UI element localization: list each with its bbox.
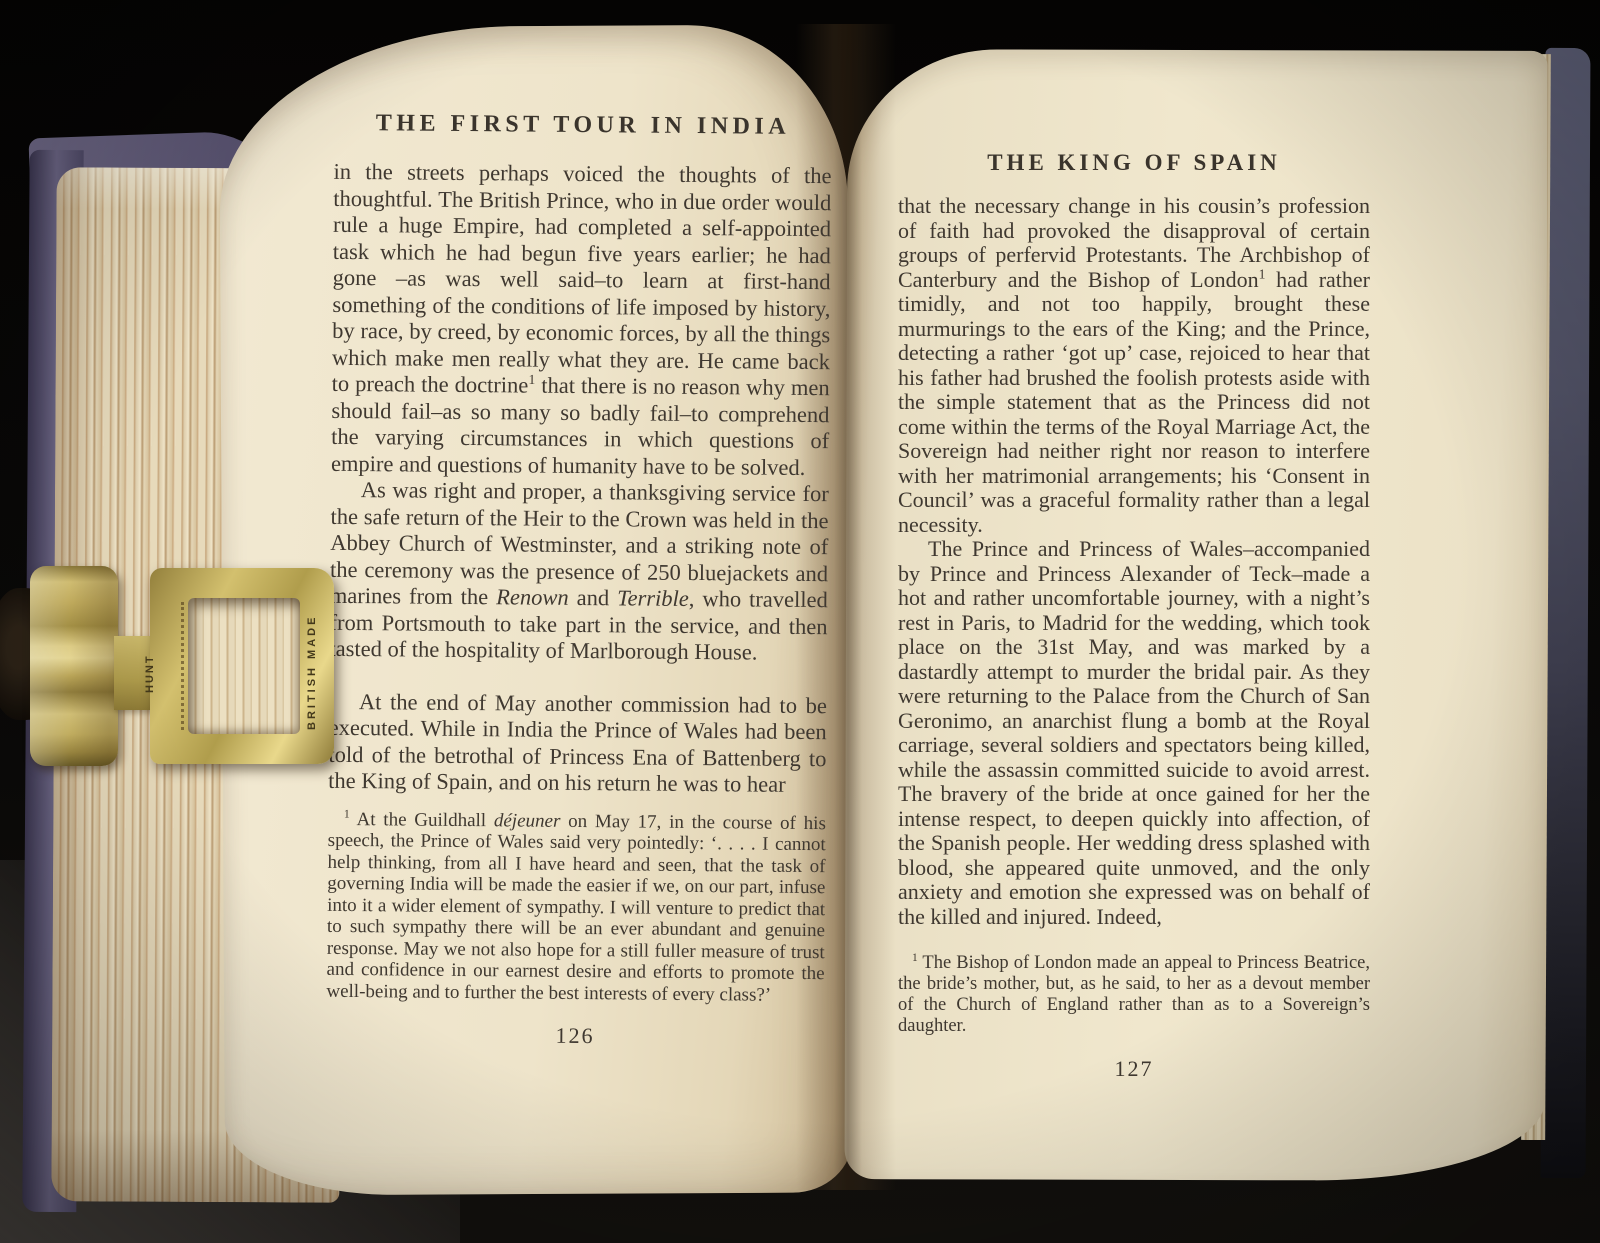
right-page-number: 127 — [898, 1056, 1370, 1082]
right-page-text: THE KING OF SPAIN that the necessary cha… — [898, 150, 1370, 1082]
clip-knurl-dots — [181, 602, 184, 730]
right-paragraph-2: The Prince and Princess of Wales–accompa… — [898, 537, 1370, 929]
left-paragraph-1: in the streets perhaps voiced the though… — [331, 159, 832, 481]
left-footnote: 1 At the Guildhall déjeuner on May 17, i… — [326, 808, 826, 1006]
left-paragraph-3: At the end of May another commission had… — [328, 688, 827, 798]
clip-frame-opening — [188, 598, 300, 734]
left-page-text: THE FIRST TOUR IN INDIA in the streets p… — [326, 110, 832, 1051]
clip-maker-stamp: HUNT — [144, 644, 156, 704]
left-page-number: 126 — [326, 1021, 824, 1051]
right-running-head: THE KING OF SPAIN — [898, 150, 1370, 176]
clip-british-made-stamp: BRITISH MADE — [306, 594, 318, 750]
left-paragraph-2: As was right and proper, a thanksgiving … — [329, 477, 829, 667]
left-running-head: THE FIRST TOUR IN INDIA — [334, 110, 832, 141]
clip-hinge — [30, 566, 118, 766]
right-paragraph-1: that the necessary change in his cousin’… — [898, 194, 1370, 537]
open-book-photo: THE FIRST TOUR IN INDIA in the streets p… — [0, 0, 1600, 1243]
right-footnote: 1 The Bishop of London made an appeal to… — [898, 953, 1370, 1037]
